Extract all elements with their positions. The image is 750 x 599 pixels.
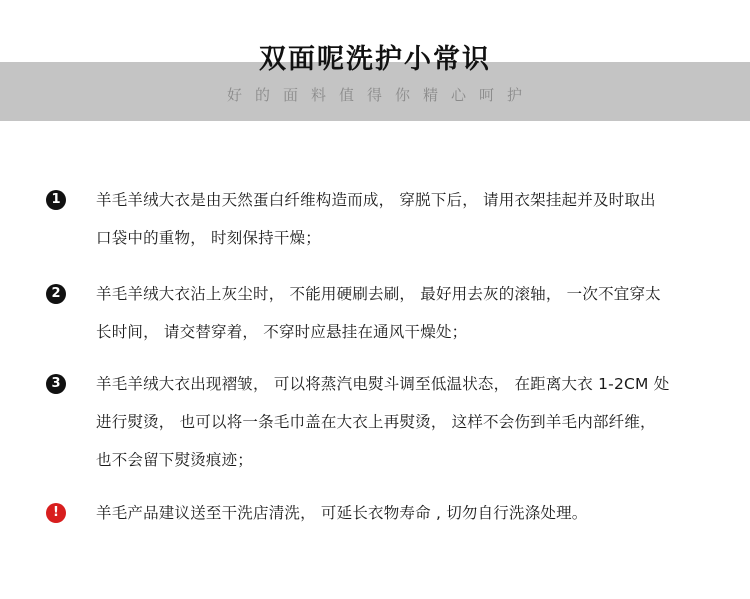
tip-text: 羊毛羊绒大衣出现褶皱， 可以将蒸汽电熨斗调至低温状态， 在距离大衣 1-2CM … — [96, 365, 736, 479]
tip-line: 进行熨烫， 也可以将一条毛巾盖在大衣上再熨烫， 这样不会伤到羊毛内部纤维， — [96, 403, 736, 441]
tip-text: 羊毛产品建议送至干洗店清洗， 可延长衣物寿命 , 切勿自行洗涤处理。 — [96, 494, 736, 532]
number-3-circle-icon: 3 — [46, 374, 66, 394]
page-title: 双面呢洗护小常识 — [0, 42, 750, 78]
tip-line: 羊毛羊绒大衣沾上灰尘时， 不能用硬刷去刷， 最好用去灰的滚轴， 一次不宜穿太 — [96, 275, 736, 313]
exclamation-circle-icon: ! — [46, 503, 66, 523]
tip-line: 羊毛产品建议送至干洗店清洗， 可延长衣物寿命 , 切勿自行洗涤处理。 — [96, 494, 736, 532]
tip-line: 羊毛羊绒大衣是由天然蛋白纤维构造而成， 穿脱下后， 请用衣架挂起并及时取出 — [96, 181, 736, 219]
tip-line: 长时间， 请交替穿着， 不穿时应悬挂在通风干燥处； — [96, 313, 736, 351]
tip-text: 羊毛羊绒大衣是由天然蛋白纤维构造而成， 穿脱下后， 请用衣架挂起并及时取出 口袋… — [96, 181, 736, 257]
tip-line: 口袋中的重物， 时刻保持干燥； — [96, 219, 736, 257]
tip-line: 羊毛羊绒大衣出现褶皱， 可以将蒸汽电熨斗调至低温状态， 在距离大衣 1-2CM … — [96, 365, 736, 403]
tip-line: 也不会留下熨烫痕迹； — [96, 441, 736, 479]
number-2-circle-icon: 2 — [46, 284, 66, 304]
number-1-circle-icon: 1 — [46, 190, 66, 210]
tip-text: 羊毛羊绒大衣沾上灰尘时， 不能用硬刷去刷， 最好用去灰的滚轴， 一次不宜穿太 长… — [96, 275, 736, 351]
page-subtitle: 好的面料值得你精心呵护 — [0, 84, 750, 106]
